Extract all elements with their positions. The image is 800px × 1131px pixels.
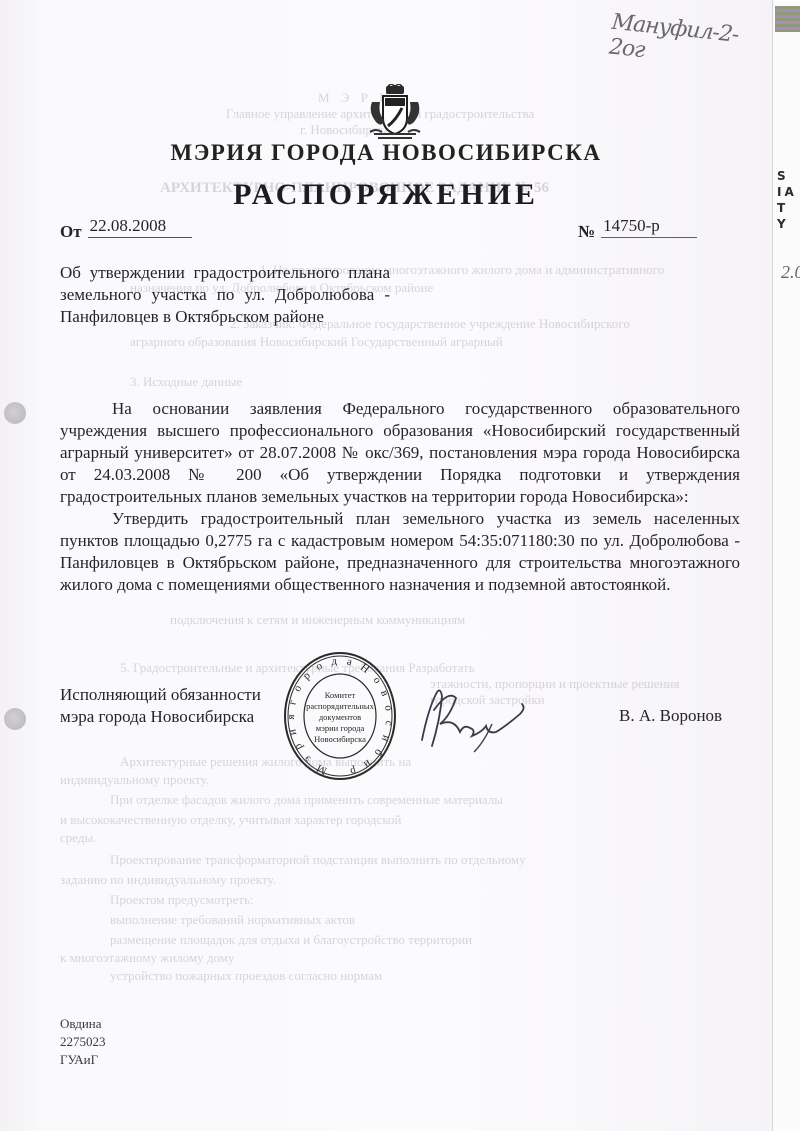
date-value: 22.08.2008 bbox=[88, 216, 192, 238]
svg-text:мэрии города: мэрии города bbox=[316, 723, 365, 733]
bleed-through-text: При отделке фасадов жилого дома применит… bbox=[110, 792, 503, 808]
bleed-through-text: Проектирование трансформаторной подстанц… bbox=[110, 852, 526, 868]
organization-title: МЭРИЯ ГОРОДА НОВОСИБИРСКА bbox=[0, 140, 772, 166]
document-page: М Э Р И Главное управление архитектуры и… bbox=[0, 0, 772, 1131]
bleed-through-text: заданию по индивидуальному проекту. bbox=[60, 872, 276, 888]
edge-letters: S IA T Y bbox=[777, 168, 800, 232]
bleed-through-text: к многоэтажному жилому дому bbox=[60, 950, 235, 966]
bleed-through-text: устройство пожарных проездов согласно но… bbox=[110, 968, 382, 984]
position-line: мэра города Новосибирска bbox=[60, 706, 261, 728]
edge-handwriting: 2.0 bbox=[781, 262, 800, 283]
bleed-through-text: и высококачественную отделку, учитывая х… bbox=[60, 812, 401, 828]
executor-info: Овдина 2275023 ГУАиГ bbox=[60, 1015, 106, 1069]
handwritten-note: Мануфил-2-2ог bbox=[608, 10, 774, 77]
bleed-through-text: аграрного образования Новосибирский Госу… bbox=[130, 334, 503, 350]
document-date: От22.08.2008 bbox=[60, 222, 192, 244]
bleed-through-text: подключения к сетям и инженерным коммуни… bbox=[170, 612, 465, 628]
bleed-through-text: выполнение требований нормативных актов bbox=[110, 912, 355, 928]
bleed-through-text: Проектом предусмотреть: bbox=[110, 892, 254, 908]
signatory-name: В. А. Воронов bbox=[619, 706, 722, 726]
official-stamp: М э р и я г о р о д а Н о в о с и б и р … bbox=[282, 650, 398, 782]
bleed-through-text: индивидуальному проекту. bbox=[60, 772, 209, 788]
executor-name: Овдина bbox=[60, 1015, 106, 1033]
colored-tab bbox=[775, 6, 800, 32]
punch-hole bbox=[4, 708, 26, 730]
document-type-title: РАСПОРЯЖЕНИЕ bbox=[0, 178, 772, 212]
svg-text:Новосибирска: Новосибирска bbox=[314, 734, 366, 744]
executor-phone: 2275023 bbox=[60, 1033, 106, 1051]
handwritten-signature bbox=[404, 680, 554, 760]
body-paragraph: Утвердить градостроительный план земельн… bbox=[60, 508, 740, 596]
document-subject: Об утверждении градостроительного плана … bbox=[60, 262, 390, 328]
number-value: 14750-р bbox=[601, 216, 697, 238]
document-number: №14750-р bbox=[578, 222, 697, 244]
date-label: От bbox=[60, 222, 82, 241]
bleed-through-text: среды. bbox=[60, 830, 96, 846]
svg-text:распорядительных: распорядительных bbox=[306, 701, 374, 711]
executor-department: ГУАиГ bbox=[60, 1051, 106, 1069]
coat-of-arms-icon bbox=[366, 84, 424, 146]
signatory-position: Исполняющий обязанности мэра города Ново… bbox=[60, 684, 261, 728]
position-line: Исполняющий обязанности bbox=[60, 684, 261, 706]
svg-text:документов: документов bbox=[319, 712, 361, 722]
svg-text:Комитет: Комитет bbox=[325, 690, 356, 700]
number-label: № bbox=[578, 222, 595, 241]
adjacent-page-edge: S IA T Y 2.0 bbox=[772, 0, 800, 1131]
document-body: На основании заявления Федерального госу… bbox=[60, 398, 740, 596]
bleed-through-text: размещение площадок для отдыха и благоус… bbox=[110, 932, 472, 948]
body-paragraph: На основании заявления Федерального госу… bbox=[60, 398, 740, 508]
punch-hole bbox=[4, 402, 26, 424]
bleed-through-text: 3. Исходные данные bbox=[130, 374, 242, 390]
